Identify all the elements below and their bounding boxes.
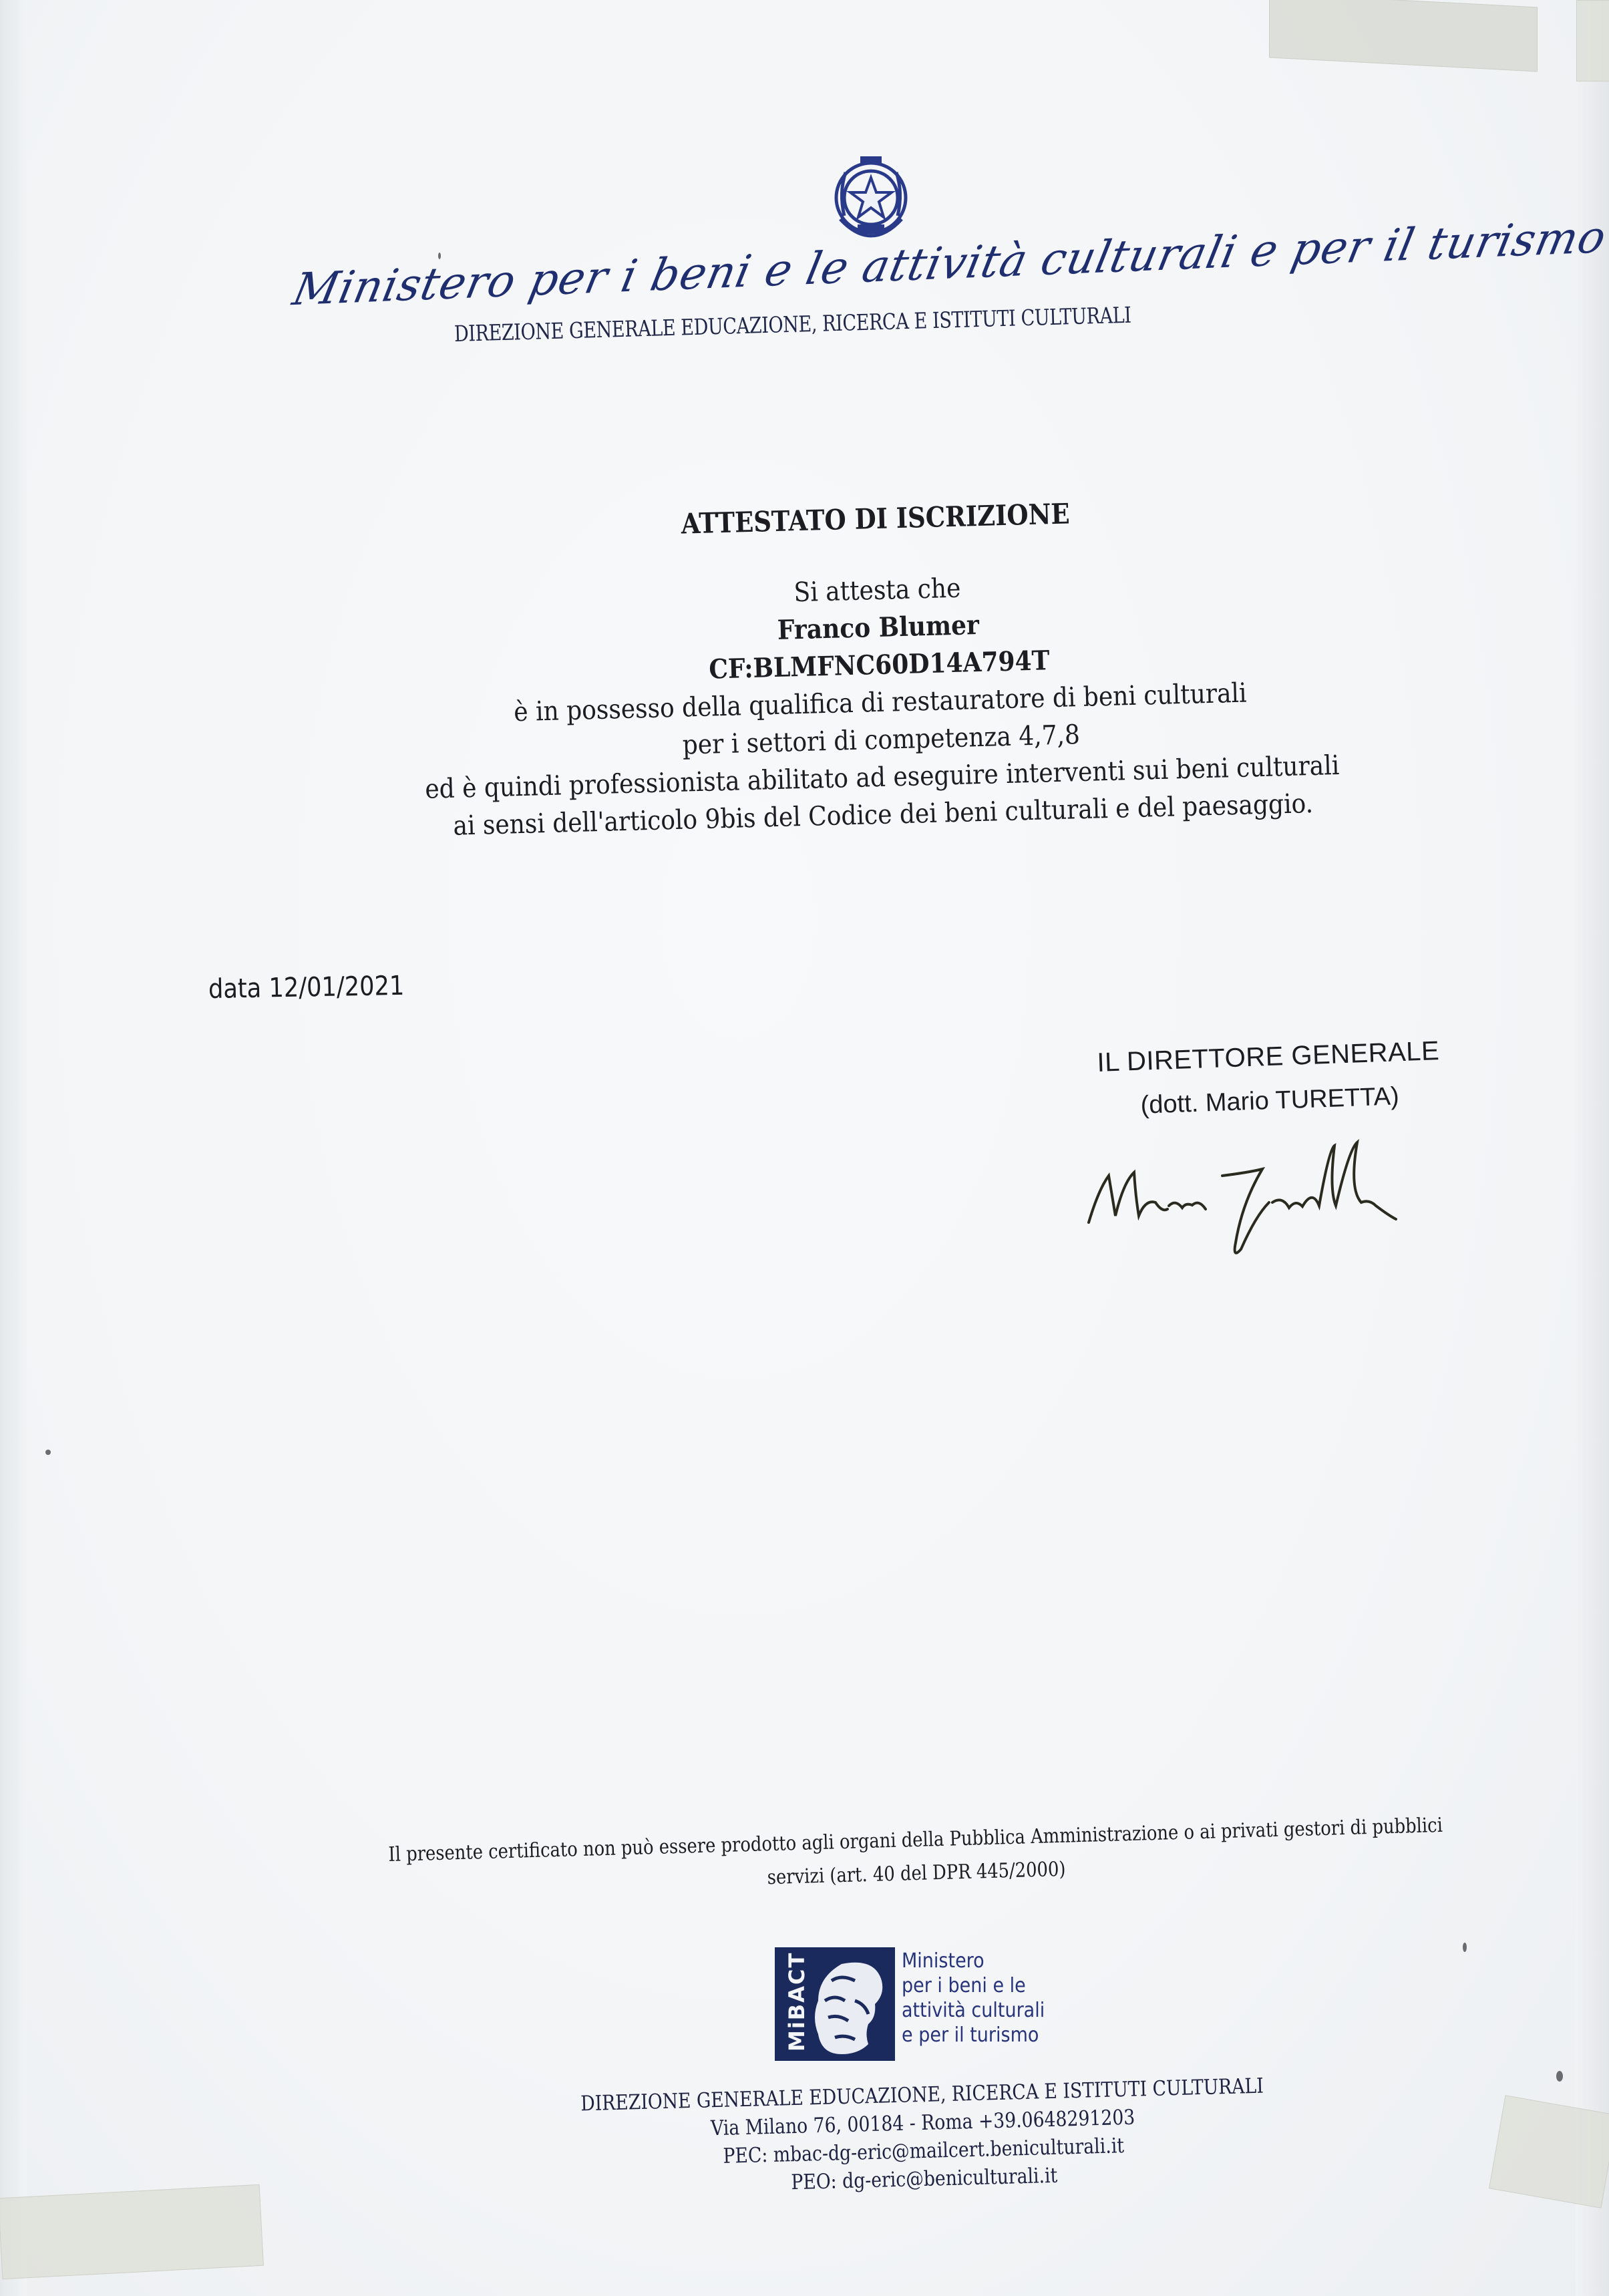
logo-line: attività culturali [902,1998,1045,2023]
handwritten-signature-icon [1082,1136,1476,1269]
paper-speck [45,1450,51,1455]
tape-bottom-left [0,2184,264,2279]
mibact-logo: MiBACT Ministero per i beni e le attivit… [775,1947,1089,2068]
logo-line: per i beni e le [902,1973,1045,1998]
paper-speck [1463,1943,1467,1952]
logo-line: Ministero [902,1949,1045,1973]
logo-line: e per il turismo [902,2023,1045,2047]
footer-contacts: DIREZIONE GENERALE EDUCAZIONE, RICERCA E… [494,2070,1352,2204]
tape-top-right [1576,0,1609,81]
mibact-logo-text: Ministero per i beni e le attività cultu… [902,1949,1061,2047]
italian-republic-emblem-icon [826,152,916,253]
paper-speck [438,253,441,259]
paper-speck [1556,2071,1563,2082]
certificate-body: ATTESTATO DI ISCRIZIONE Si attesta che F… [281,487,1477,849]
paper-edge-left [0,0,27,2296]
tape-bottom-right [1489,2095,1609,2208]
paper-edge-right [1576,0,1609,2296]
signature-block: IL DIRETTORE GENERALE (dott. Mario TURET… [1067,1035,1470,1123]
issue-date: data 12/01/2021 [208,971,405,1005]
mibac-head-logo-icon [801,1954,895,2061]
mibact-logo-box: MiBACT [775,1947,895,2061]
